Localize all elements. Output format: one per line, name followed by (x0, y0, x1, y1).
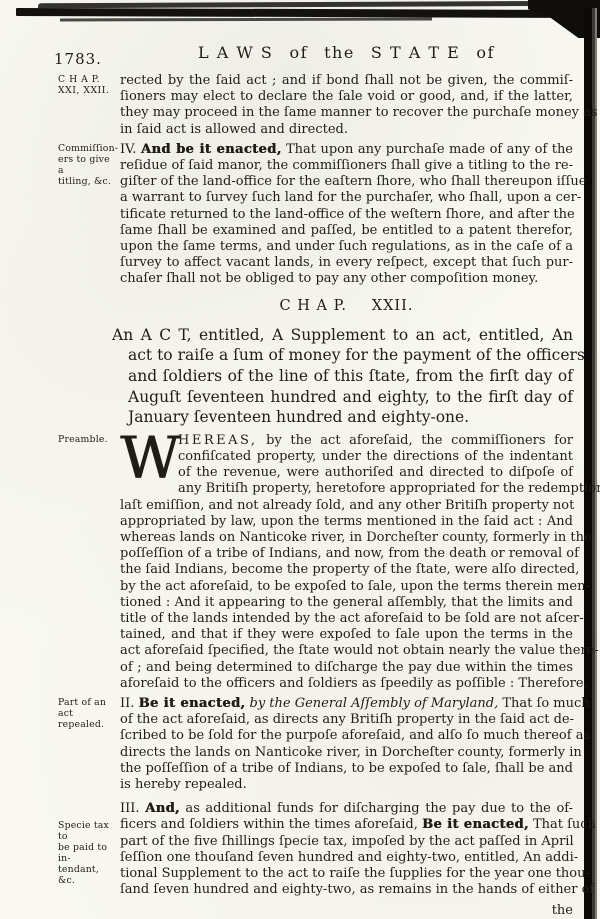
text-line: Auguſt ſeventeen hundred and eighty, to … (112, 387, 573, 408)
preamble-paragraph: Preamble.WHEREAS, by the act aforeſaid, … (120, 433, 573, 692)
text-line: of ; and being determined to diſcharge t… (120, 660, 573, 676)
text-segment-plain: That ſo much (498, 696, 589, 711)
text-line: tificate returned to the land-office of … (120, 207, 573, 223)
text-segment-blackletter: Be it enacted, (139, 696, 246, 711)
section-3-paragraph: Specie tax tobe paid to in-tendant, &c.I… (120, 801, 573, 898)
text-segment-plain: by the act aforeſaid, the commiſſioners … (258, 433, 573, 448)
text-line: act aforeſaid ſpecified, the ſtate would… (120, 643, 573, 659)
act-title: An A C T, entitled, A Supplement to an a… (112, 325, 573, 428)
text-line: ſeſſion one thouſand ſeven hundred and e… (120, 850, 573, 866)
text-line: ſurvey to affect vacant lands, in every … (120, 255, 573, 271)
margin-note: Part of an actrepealed. (58, 697, 116, 730)
text-line: directs the lands on Nanticoke river, in… (120, 745, 573, 761)
chapter-22-heading: C H A P. XXII. (120, 298, 573, 314)
text-line: the ſaid Indians, become the property of… (120, 562, 573, 578)
text-line: tional Supplement to the act to raiſe th… (120, 866, 573, 882)
page-body: C H A P.XXI, XXII.rected by the ſaid act… (120, 73, 573, 919)
section-4-paragraph: Commiſſion-ers to give atitling, &c.IV. … (120, 142, 573, 288)
text-line: C H A P. XXII. (120, 298, 573, 314)
text-line: rected by the ſaid act ; and if bond ſha… (120, 73, 573, 89)
text-line: IV. And be it enacted, That upon any pur… (120, 142, 573, 158)
running-header: L A W S of the S T A T E of (120, 43, 573, 62)
chap-21-continuation-paragraph: C H A P.XXI, XXII.rected by the ſaid act… (120, 73, 573, 138)
text-segment-plain: III. (120, 801, 145, 816)
text-line: whereas lands on Nanticoke river, in Dor… (120, 530, 573, 546)
text-line: ſame ſhall be examined and paſſed, be en… (120, 223, 573, 239)
margin-note: Specie tax tobe paid to in-tendant, &c. (58, 820, 116, 886)
text-line: is hereby repealed. (120, 777, 573, 793)
text-line: by the act aforeſaid, to be expoſed to ſ… (120, 579, 573, 595)
margin-note: Commiſſion-ers to give atitling, &c. (58, 143, 116, 187)
text-line: chaſer ſhall not be obliged to pay any o… (120, 271, 573, 287)
text-segment-plain: ficers and ſoldiers within the times afo… (120, 817, 422, 832)
margin-note: C H A P.XXI, XXII. (58, 74, 116, 96)
text-line: in ſaid act is allowed and directed. (120, 122, 573, 138)
text-line: act to raiſe a ſum of money for the paym… (112, 345, 573, 366)
dropcap-letter: W (120, 435, 172, 483)
top-border-rule (38, 1, 592, 8)
text-line: reſidue of ſaid manor, the commiſſioners… (120, 158, 573, 174)
text-segment-italic: by the General Aſſembly of Maryland, (245, 696, 498, 711)
text-line: giſter of the land-office for the eaſter… (120, 174, 573, 190)
text-line: they may proceed in the ſame manner to r… (120, 105, 573, 121)
text-line: III. And, as additional funds for diſcha… (120, 801, 573, 817)
catchword: the (120, 903, 573, 919)
text-line: confiſcated property, under the directio… (120, 449, 573, 465)
text-segment-spacedcaps: HEREAS, (178, 433, 258, 448)
text-line: ficers and ſoldiers within the times afo… (120, 817, 573, 833)
text-line: a warrant to ſurvey ſuch land for the pu… (120, 190, 573, 206)
text-segment-plain: II. (120, 696, 139, 711)
text-line: appropriated by law, upon the terms ment… (120, 514, 573, 530)
text-segment-plain: That ſuch (529, 817, 596, 832)
text-line: any Britiſh property, heretofore appropr… (120, 481, 573, 497)
text-line: HEREAS, by the act aforeſaid, the commiſ… (120, 433, 573, 449)
text-line: part of the five ſhillings ſpecie tax, i… (120, 834, 573, 850)
right-border-rule (584, 8, 597, 919)
scanned-book-page: 1783. L A W S of the S T A T E of C H A … (0, 0, 600, 919)
text-segment-plain: as additional funds for diſcharging the … (180, 801, 573, 816)
text-line: poſſeſſion of a tribe of Indians, and no… (120, 546, 573, 562)
text-segment-blackletter: And, (145, 801, 180, 816)
text-line: January ſeventeen hundred and eighty-one… (112, 407, 573, 428)
text-line: the (120, 903, 573, 919)
text-line: ſcribed to be ſold for the purpoſe afore… (120, 728, 573, 744)
margin-note: Preamble. (58, 434, 116, 445)
text-segment-blackletter: Be it enacted, (422, 817, 529, 832)
text-segment-plain: IV. (120, 142, 141, 157)
text-line: tioned : And it appearing to the general… (120, 595, 573, 611)
top-border-rule (16, 8, 600, 18)
text-line: upon the ſame terms, and under ſuch regu… (120, 239, 573, 255)
text-segment-blackletter: And be it enacted, (141, 142, 282, 157)
text-line: of the revenue, were authoriſed and dire… (120, 465, 573, 481)
year-label: 1783. (54, 50, 102, 68)
text-line: tained, and that if they were expoſed to… (120, 627, 573, 643)
text-line: of the act aforeſaid, as directs any Bri… (120, 712, 573, 728)
text-line: aforeſaid to the officers and ſoldiers a… (120, 676, 573, 692)
text-line: and ſoldiers of the line of this ſtate, … (112, 366, 573, 387)
top-border-rule (60, 18, 432, 22)
text-line: ſand ſeven hundred and eighty-two, as re… (120, 882, 573, 898)
section-2-paragraph: Part of an actrepealed.II. Be it enacted… (120, 696, 573, 793)
text-line: II. Be it enacted, by the General Aſſemb… (120, 696, 573, 712)
text-line: the poſſeſſion of a tribe of Indians, to… (120, 761, 573, 777)
text-line: ſioners may elect to declare the ſale vo… (120, 89, 573, 105)
text-line: title of the lands intended by the act a… (120, 611, 573, 627)
text-segment-plain: That upon any purchaſe made of any of th… (282, 142, 574, 157)
text-line: laſt emiſſion, and not already ſold, and… (120, 498, 573, 514)
text-line: An A C T, entitled, A Supplement to an a… (112, 325, 573, 346)
